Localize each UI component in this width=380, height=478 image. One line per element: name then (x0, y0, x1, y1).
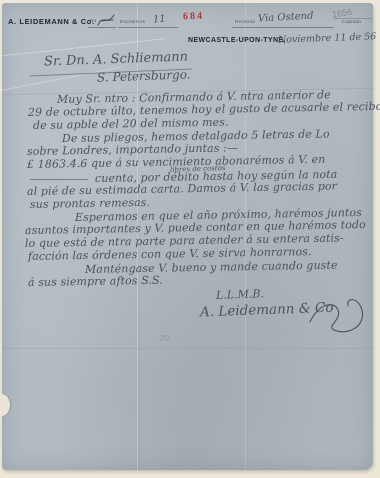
paper-edge-chip (1, 394, 10, 416)
stamp-number: 684 (183, 11, 204, 23)
written-label: Escribimos (120, 20, 145, 25)
smudge-note: 29 (160, 334, 169, 343)
horizontal-fold-crease (2, 348, 373, 349)
signature-flourish-icon (308, 292, 370, 338)
handwritten-flourish-icon (97, 13, 117, 27)
received-label: Recibida (235, 20, 255, 25)
no-label: No (90, 19, 96, 24)
corner-label: Copiada (342, 20, 361, 25)
date-handwritten: Noviembre 11 de 56 (278, 31, 377, 45)
letterhead-rule (334, 18, 372, 19)
written-value: 11 (153, 14, 166, 26)
received-value: Via Ostend (258, 11, 314, 25)
amount-continuation-line (30, 179, 88, 180)
recipient-line-1: Sr. Dn. A. Schliemann (44, 49, 188, 69)
closing-abbreviation: L.L.M.B. (216, 287, 264, 302)
letterhead-rule (118, 27, 178, 28)
letter-paper: A. LEIDEMANN & Co. No Escribimos 11 684 … (2, 3, 373, 470)
body-line: á sus siempre aftos S.S. (28, 274, 163, 289)
recipient-line-2: S. Petersburgo. (97, 67, 191, 84)
scanned-letter-page: { "colors": { "scan_background": "#ece7d… (0, 0, 380, 478)
company-name: A. LEIDEMANN & Co. (8, 17, 95, 26)
letterhead-rule (232, 27, 334, 28)
body-line: al pié de su estimada carta. Damos á V. … (27, 180, 337, 198)
body-line: sus prontas remesas. (30, 196, 150, 211)
place-name: NEWCASTLE-UPON-TYNE, (188, 37, 286, 44)
letterhead-rule (88, 27, 116, 28)
